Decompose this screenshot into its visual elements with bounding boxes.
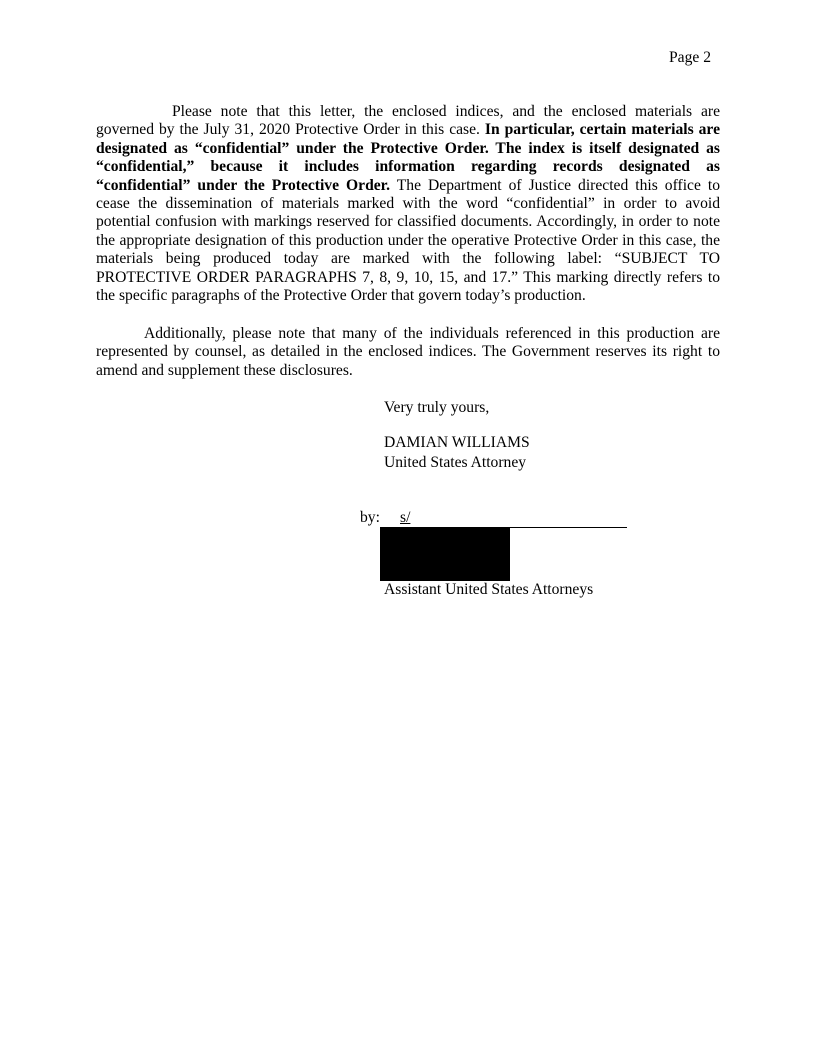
paragraph-rest: The Department of Justice directed this … (96, 177, 720, 304)
redaction-block (380, 527, 510, 581)
assistant-attorneys-title: Assistant United States Attorneys (384, 581, 593, 599)
paragraph-counsel: Additionally, please note that many of t… (96, 325, 720, 380)
signature-line: s/ (384, 509, 627, 528)
signature-mark: s/ (400, 509, 410, 527)
page-number: Page 2 (669, 49, 711, 67)
closing: Very truly yours, (384, 399, 489, 417)
paragraph-protective-order: Please note that this letter, the enclos… (96, 103, 720, 305)
by-label: by: (360, 509, 380, 527)
signer-title: United States Attorney (384, 454, 526, 472)
signer-name: DAMIAN WILLIAMS (384, 434, 530, 452)
